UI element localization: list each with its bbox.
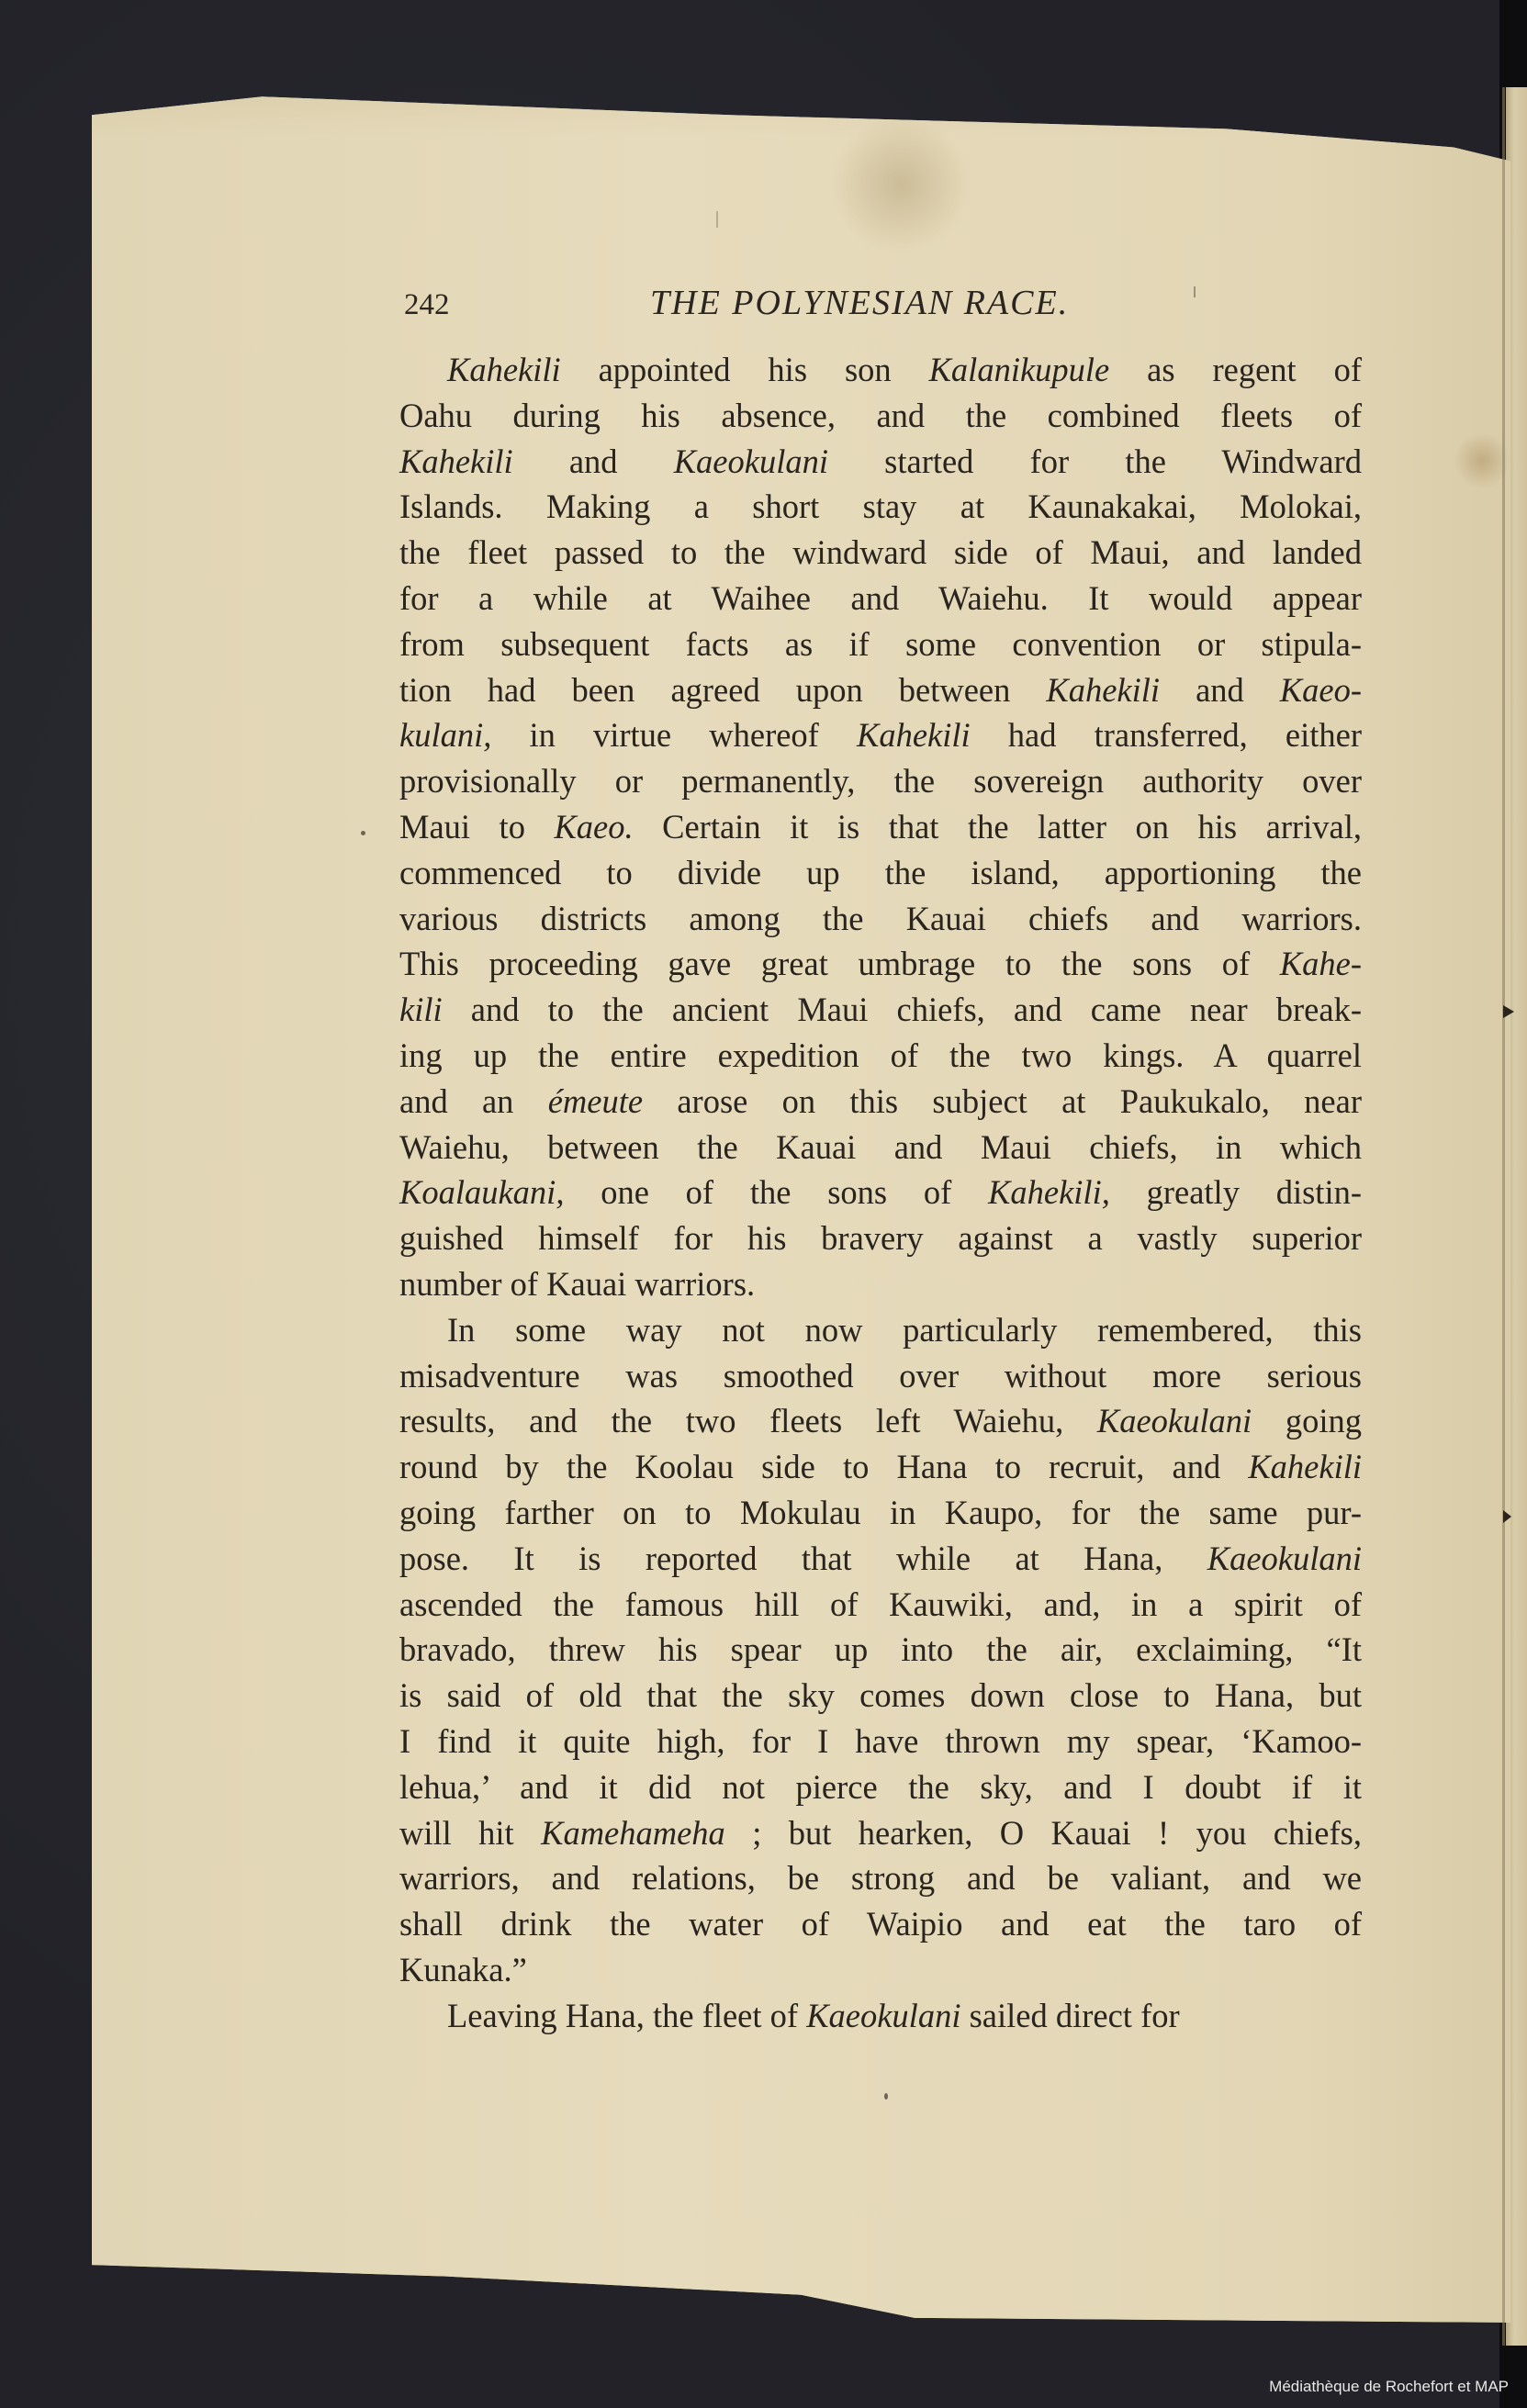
text-line: from subsequent facts as if some convent… [399,622,1362,667]
text-line: and an émeute arose on this subject at P… [399,1079,1362,1125]
text-line: is said of old that the sky comes down c… [399,1673,1362,1719]
text-line: round by the Koolau side to Hana to recr… [399,1444,1362,1490]
text-line: In some way not now particularly remembe… [399,1307,1362,1353]
text-line: Koalaukani, one of the sons of Kahekili,… [399,1170,1362,1215]
text-line: provisionally or permanently, the sovere… [399,758,1362,804]
text-line: Waiehu, between the Kauai and Maui chief… [399,1125,1362,1170]
text-line: commenced to divide up the island, appor… [399,850,1362,896]
text-line: shall drink the water of Waipio and eat … [399,1901,1362,1947]
text-line: guished himself for his bravery against … [399,1215,1362,1261]
text-line: Kahekili and Kaeokulani started for the … [399,439,1362,485]
right-margin-marker-icon [1503,1510,1511,1523]
text-line: ascended the famous hill of Kauwiki, and… [399,1582,1362,1628]
running-head: 242 THE POLYNESIAN RACE. [402,283,1362,329]
text-line: bravado, threw his spear up into the air… [399,1627,1362,1673]
text-line: tion had been agreed upon between Kaheki… [399,667,1362,713]
paragraph: In some way not now particularly remembe… [399,1307,1362,1993]
page-fold-line [1502,87,1505,2346]
right-margin-marker-icon [1503,1005,1514,1018]
watermark-credit: Médiathèque de Rochefort et MAP [1269,2378,1509,2396]
text-line: Islands. Making a short stay at Kaunakak… [399,484,1362,530]
text-line: pose. It is reported that while at Hana,… [399,1536,1362,1582]
text-line: I find it quite high, for I have thrown … [399,1719,1362,1764]
text-line: Kunaka.” [399,1947,1362,1993]
text-line: kulani, in virtue whereof Kahekili had t… [399,712,1362,758]
paragraph: Kahekili appointed his son Kalanikupule … [399,347,1362,1307]
text-line: Leaving Hana, the fleet of Kaeokulani sa… [399,1993,1362,2039]
paper-fleck [1194,286,1196,297]
text-line: This proceeding gave great umbrage to th… [399,941,1362,987]
text-line: the fleet passed to the windward side of… [399,530,1362,576]
text-line: results, and the two fleets left Waiehu,… [399,1398,1362,1444]
paper-fleck [716,211,718,228]
text-line: misadventure was smoothed over without m… [399,1353,1362,1399]
text-line: lehua,’ and it did not pierce the sky, a… [399,1764,1362,1810]
paragraph: Leaving Hana, the fleet of Kaeokulani sa… [399,1993,1362,2039]
body-text: Kahekili appointed his son Kalanikupule … [399,347,1362,2038]
text-line: for a while at Waihee and Waiehu. It wou… [399,576,1362,622]
text-line: Maui to Kaeo. Certain it is that the lat… [399,804,1362,850]
text-line: number of Kauai warriors. [399,1261,1362,1307]
page-number: 242 [404,288,450,322]
text-line: warriors, and relations, be strong and b… [399,1855,1362,1901]
text-line: will hit Kamehameha ; but hearken, O Kau… [399,1810,1362,1856]
running-title: THE POLYNESIAN RACE. [650,283,1069,323]
text-line: various districts among the Kauai chiefs… [399,896,1362,942]
text-line: going farther on to Mokulau in Kaupo, fo… [399,1490,1362,1536]
text-line: ing up the entire expedition of the two … [399,1033,1362,1079]
ink-speck [884,2093,888,2100]
text-line: kili and to the ancient Maui chiefs, and… [399,987,1362,1033]
margin-ink-dot [361,831,365,835]
text-line: Oahu during his absence, and the combine… [399,393,1362,439]
text-line: Kahekili appointed his son Kalanikupule … [399,347,1362,393]
